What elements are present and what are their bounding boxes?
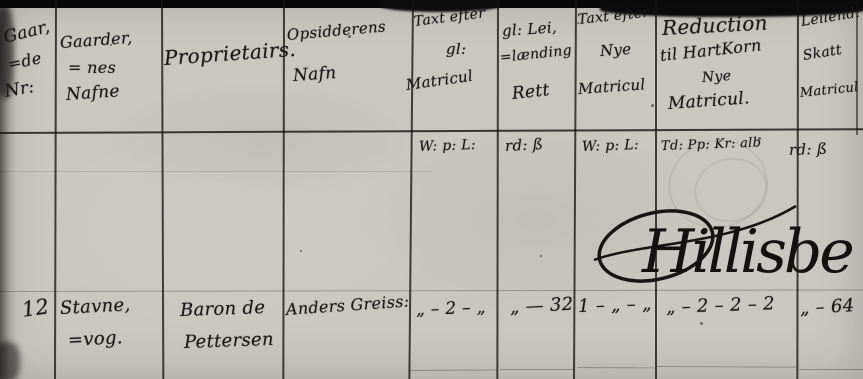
bottom-partial-rule: [409, 370, 497, 371]
column-header-line: gl:: [446, 40, 466, 58]
cell-proprietair-line: Pettersen: [184, 329, 275, 353]
units-label: rd: ß: [505, 135, 544, 155]
column-header-line: = nes: [68, 58, 116, 77]
bottom-partial-rule: [577, 367, 654, 368]
column-header-line: =lænding: [499, 42, 572, 65]
units-label: W: p: L:: [582, 137, 639, 155]
column-rule: [54, 0, 57, 379]
cell-opsidder-navn: Anders Greiss:: [285, 291, 410, 319]
cell-gaard-navn-line: Stavne,: [59, 294, 131, 319]
cell-gaard-navn-line: =vog.: [67, 327, 123, 351]
column-rule: [496, 0, 499, 379]
scan-corner-blob: [0, 342, 20, 379]
column-rule: [573, 0, 577, 379]
cell-leilendings-skat: „ – 64: [799, 295, 855, 319]
fold-line: [0, 171, 432, 172]
ink-speck: [700, 322, 703, 325]
column-header-line: Matricul: [405, 67, 474, 94]
column-header-line: Proprietairs.: [163, 37, 296, 70]
column-header-line: til HartKorn: [659, 35, 762, 65]
ink-speck: [651, 104, 654, 107]
column-header-line: Rett: [511, 80, 551, 104]
column-header-line: Skatt: [802, 42, 843, 64]
ink-speck: [540, 255, 542, 257]
flourish-signature: Hillisbe: [590, 180, 863, 298]
column-header-line: Taxt efter: [577, 5, 650, 28]
column-header-line: Nye: [701, 68, 731, 86]
column-rule: [408, 0, 414, 379]
column-header-line: Nafne: [65, 81, 120, 105]
units-label: rd: ß: [789, 140, 828, 159]
column-header-line: Nr:: [3, 77, 36, 102]
cell-taxt-nye: 1 – „ – „: [578, 293, 652, 317]
flourish-swash: Hillisbe: [590, 180, 863, 298]
column-header-line: gl: Lei,: [501, 18, 557, 40]
ink-speck: [300, 250, 302, 252]
cell-proprietair-line: Baron de: [180, 297, 266, 321]
column-header-line: Matricul: [577, 75, 646, 98]
bottom-partial-rule: [500, 369, 574, 370]
cell-reduction-hartkorn: „ – 2 – 2 – 2: [666, 293, 776, 318]
cell-gaard-nr: 12: [20, 294, 50, 322]
scanned-cadastre-document: Gaar, =de Nr: Gaarder, = nes Nafne Propr…: [0, 0, 863, 379]
column-header-line: Nafn: [292, 63, 337, 86]
column-header-line: Opsidderens: [286, 17, 386, 44]
header-separator-rule: [0, 128, 863, 134]
cell-taxt-gl: „ – 2 – „: [416, 298, 486, 320]
column-header-line: Gaarder,: [59, 28, 133, 52]
column-header-line: Matricul.: [667, 88, 750, 114]
column-header-line: Matricul: [799, 80, 859, 101]
bottom-partial-rule: [657, 366, 796, 368]
flourish-text: Hillisbe: [641, 217, 852, 287]
column-header-line: Nye: [599, 40, 632, 60]
cell-leilending-rett: „ — 32: [509, 294, 573, 318]
units-label: W: p: L:: [419, 137, 476, 155]
bottom-partial-rule: [799, 369, 863, 370]
